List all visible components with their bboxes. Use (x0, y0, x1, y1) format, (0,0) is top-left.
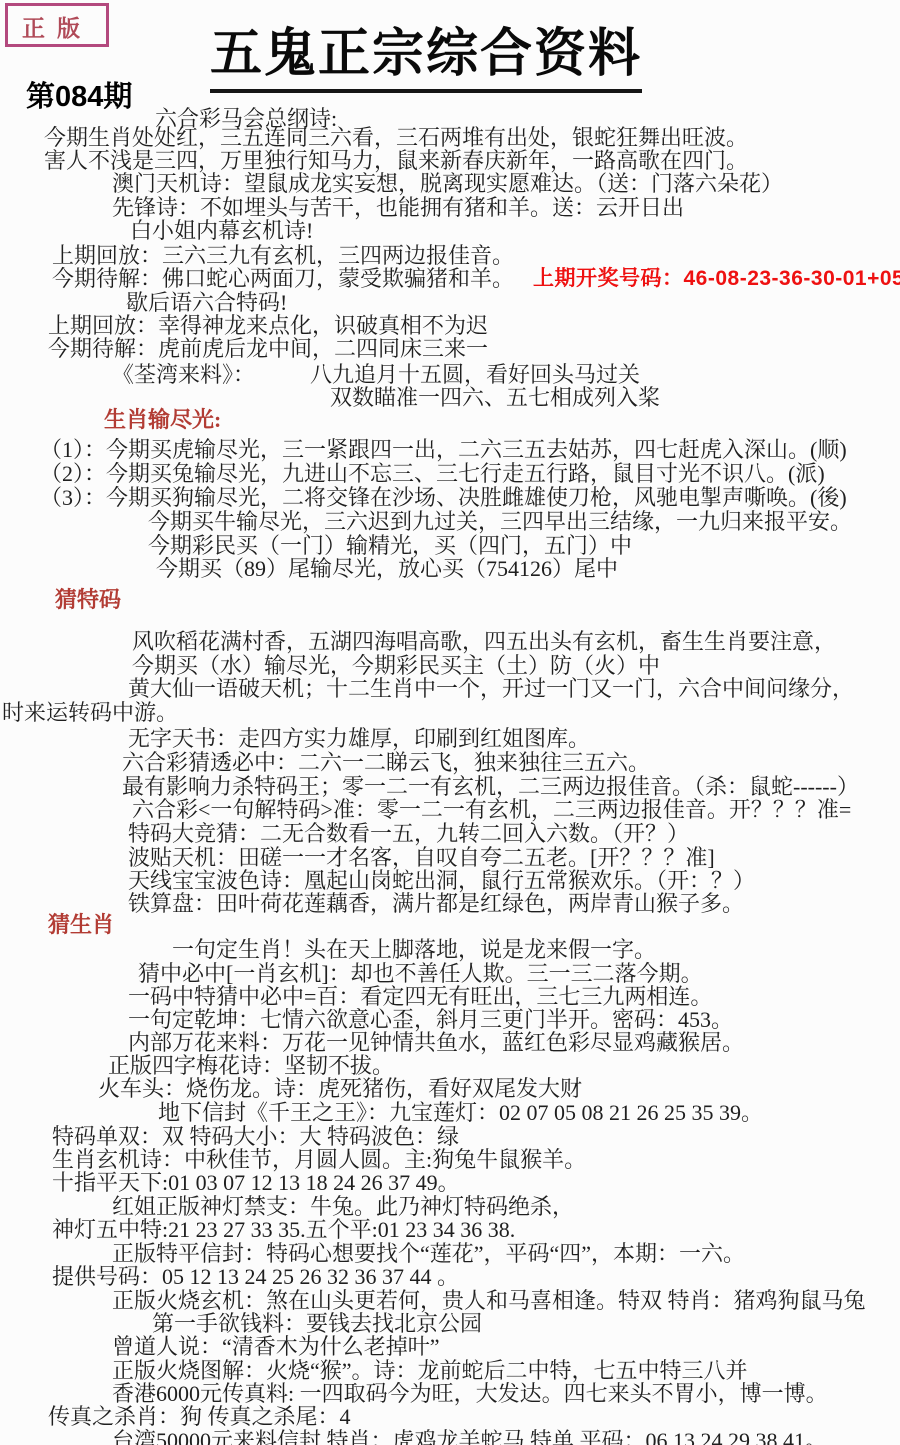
text-line: 今期买（89）尾输尽光，放心买（754126）尾中 (156, 557, 618, 580)
text-line: 六合彩<一句解特码>准：零一二一有玄机，二三两边报佳音。开？？？准= (132, 798, 851, 821)
text-line: 台湾50000元来料信封 特肖：虎鸡龙羊蛇马 特单 平码：06 13 24 29… (112, 1429, 827, 1445)
text-line: 双数瞄准一四六、五七相成列入桨 (330, 386, 660, 409)
text-line: 黄大仙一语破天机；十二生肖中一个，开过一门又一门，六合中间问缘分， (128, 677, 854, 700)
text-line: （1）：今期买虎输尽光，三一紧跟四一出，二六三五去姑苏，四七赶虎入深山。(顺) (40, 438, 847, 461)
text-line: （3）：今期买狗输尽光，二将交锋在沙场、决胜雌雄使刀枪，风驰电掣声嘶唤。(後) (40, 486, 847, 509)
text-line: 正版四字梅花诗：坚韧不拔。 (108, 1054, 394, 1077)
text-line: 正版火烧图解：火烧“猴”。诗：龙前蛇后二中特，七五中特三八并 (112, 1359, 748, 1382)
issue-number: 第084期 (26, 74, 132, 115)
text-line: 今期买牛输尽光，三六迟到九过关，三四早出三结缘，一九归来报平安。 (148, 510, 852, 533)
text-line: 特码大竞猜：二无合数看一五，九转二回入六数。（开？） (128, 822, 689, 845)
text-line: 曾道人说：“清香木为什么老掉叶” (112, 1335, 440, 1358)
text-line: 内部万花来料：万花一见钟情共鱼水，蓝红色彩尽显鸡藏猴居。 (128, 1031, 744, 1054)
text-line: 正版火烧玄机：煞在山头更若何，贵人和马喜相逢。特双 特肖：猪鸡狗鼠马兔 (112, 1289, 866, 1312)
text-line: 香港6000元传真料: 一四取码今为旺，大发达。四七来头不胃小，博一博。 (112, 1382, 828, 1405)
page-title: 五鬼正宗综合资料 (210, 26, 642, 93)
text-line: 地下信封《千王之王》：九宝莲灯：02 07 05 08 21 26 25 35 … (158, 1101, 763, 1124)
last-draw-numbers: 上期开奖号码：46-08-23-36-30-01+05 (533, 262, 900, 292)
text-line: 十指平天下:01 03 07 12 13 18 24 26 37 49。 (52, 1171, 460, 1194)
text-line: 澳门天机诗：望鼠成龙实妄想，脱离现实愿难达。（送：门落六朵花） (112, 172, 783, 195)
text-line: 今期买（水）输尽光，今期彩民买主（土）防（火）中 (132, 654, 660, 677)
text-line: 正版特平信封：特码心想要找个“莲花”，平码“四”，本期：一六。 (112, 1242, 745, 1265)
text-line: 歇后语六合特码! (126, 291, 287, 314)
text-line: 先锋诗：不如埋头与苦干，也能拥有猪和羊。送：云开日出 (112, 196, 684, 219)
authentic-badge-label: 正版 (22, 16, 92, 41)
text-line: 传真之杀肖：狗 传真之杀尾：4 (48, 1405, 351, 1428)
text-line: 六合彩猜透必中：二六一二睇云飞，独来独往三五六。 (122, 751, 650, 774)
text-line: 上期回放：幸得神龙来点化，识破真相不为迟 (48, 314, 488, 337)
text-line: 一句定生肖！头在天上脚落地，说是龙来假一字。 (172, 938, 656, 961)
text-line: 神灯五中特:21 23 27 33 35.五个平:01 23 34 36 38. (52, 1218, 515, 1241)
text-line: 铁算盘：田叶荷花莲藕香，满片都是红绿色，两岸青山猴子多。 (128, 892, 744, 915)
text-line: 红姐正版神灯禁支：牛兔。此乃神灯特码绝杀， (112, 1195, 574, 1218)
lottery-tip-sheet: 正版 五鬼正宗综合资料 第084期 上期开奖号码：46-08-23-36-30-… (0, 0, 900, 1445)
section-heading: 猜特码 (55, 588, 121, 611)
text-line: 火车头：烧伤龙。诗：虎死猪伤，看好双尾发大财 (98, 1077, 582, 1100)
text-line: 今期待解：虎前虎后龙中间，二四同床三来一 (48, 337, 488, 360)
text-line: 天线宝宝波色诗：凰起山岗蛇出洞，鼠行五常猴欢乐。（开：？） (128, 869, 755, 892)
text-line: 提供号码：05 12 13 24 25 26 32 36 37 44 。 (52, 1265, 459, 1288)
section-heading: 猜生肖 (48, 913, 114, 936)
text-line: 今期生肖处处红，三五连同三六看，三石两堆有出处，银蛇狂舞出旺波。 (44, 126, 748, 149)
text-line: 无字天书：走四方实力雄厚，印刷到红姐图库。 (128, 727, 590, 750)
text-line: 害人不浅是三四，万里独行知马力，鼠来新春庆新年，一路高歌在四门。 (44, 149, 748, 172)
text-line: 第一手欲钱料：要钱去找北京公园 (152, 1312, 482, 1335)
section-heading: 生肖输尽光: (104, 408, 221, 431)
text-line: 今期彩民买（一门）输精光，买（四门，五门）中 (148, 534, 632, 557)
text-line: 时来运转码中游。 (2, 701, 178, 724)
text-line: 生肖玄机诗：中秋佳节，月圆人圆。主:狗兔牛鼠猴羊。 (52, 1148, 586, 1171)
text-line: 白小姐内幕玄机诗! (130, 219, 313, 242)
text-line: （2）：今期买兔输尽光，九进山不忘三、三七行走五行路，鼠目寸光不识八。(派) (40, 462, 825, 485)
text-line: 今期待解：佛口蛇心两面刀，蒙受欺骗猪和羊。 (52, 267, 514, 290)
text-line: 波贴天机：田磋一一才名客，自叹自夸二五老。[开？？？准] (128, 846, 715, 869)
text-line: 《荃湾来料》： 八九追月十五圆，看好回头马过关 (112, 363, 640, 386)
text-line: 上期回放：三六三九有玄机，三四两边报佳音。 (52, 244, 514, 267)
text-line: 一句定乾坤：七情六欲意心歪，斜月三更门半开。密码：453。 (128, 1008, 733, 1031)
text-line: 特码单双：双 特码大小：大 特码波色：绿 (52, 1125, 459, 1148)
text-line: 最有影响力杀特码王；零一二一有玄机，二三两边报佳音。（杀：鼠蛇------） (122, 775, 859, 798)
text-line: 一码中特猜中必中=百：看定四无有旺出，三七三九两相连。 (128, 985, 712, 1008)
authentic-badge: 正版 (5, 3, 109, 47)
text-line: 猜中必中[一肖玄机]：却也不善任人欺。三一三二落今期。 (138, 962, 703, 985)
text-line: 风吹稻花满村香，五湖四海唱高歌，四五出头有玄机，畜生生肖要注意， (132, 630, 836, 653)
